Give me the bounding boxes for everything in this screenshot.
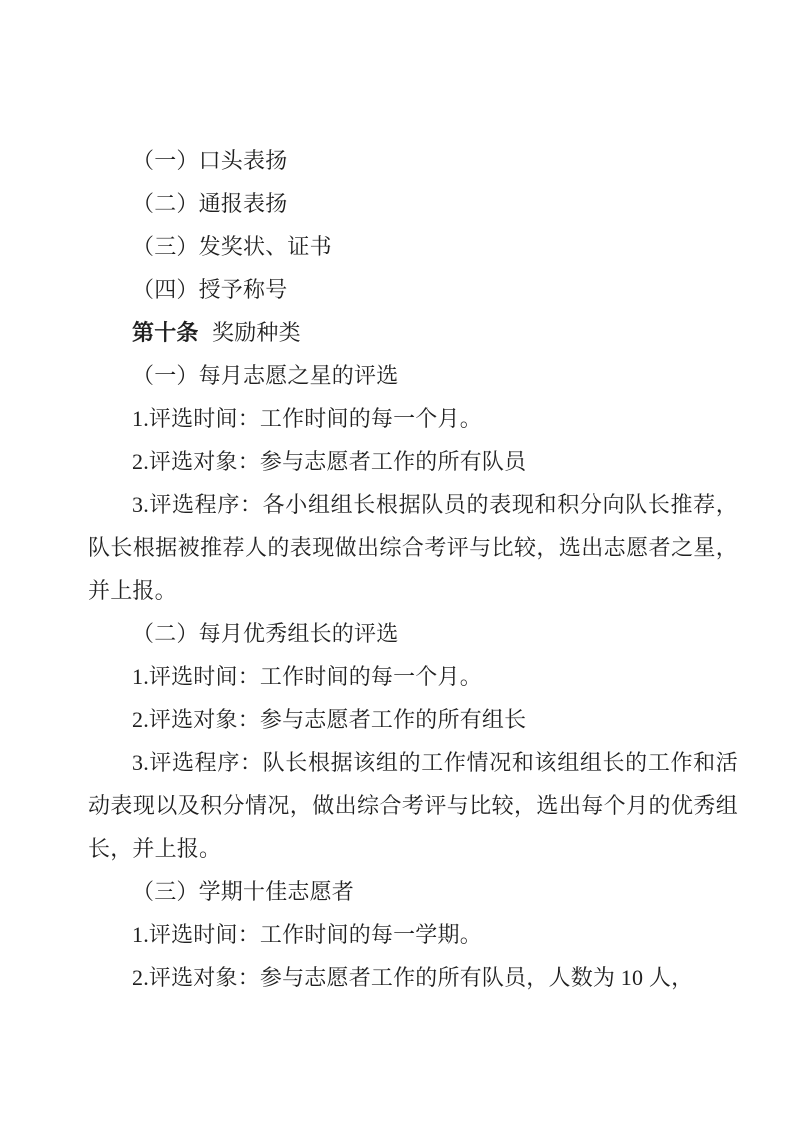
paragraph: （一）口头表扬 [88, 139, 738, 182]
paragraph: 1.评选时间：工作时间的每一个月。 [88, 397, 738, 440]
document-body: （一）口头表扬（二）通报表扬（三）发奖状、证书（四）授予称号第十条 奖励种类（一… [88, 139, 738, 999]
paragraph: （二）通报表扬 [88, 182, 738, 225]
paragraph: 3.评选程序：队长根据该组的工作情况和该组组长的工作和活动表现以及积分情况，做出… [88, 741, 738, 870]
document-page: （一）口头表扬（二）通报表扬（三）发奖状、证书（四）授予称号第十条 奖励种类（一… [0, 0, 793, 1122]
paragraph: 2.评选对象：参与志愿者工作的所有队员 [88, 440, 738, 483]
paragraph: 1.评选时间：工作时间的每一个月。 [88, 655, 738, 698]
paragraph: （一）每月志愿之星的评选 [88, 354, 738, 397]
paragraph: 1.评选时间：工作时间的每一学期。 [88, 913, 738, 956]
paragraph: 2.评选对象：参与志愿者工作的所有组长 [88, 698, 738, 741]
paragraph: （二）每月优秀组长的评选 [88, 612, 738, 655]
paragraph: （三）发奖状、证书 [88, 225, 738, 268]
paragraph: 3.评选程序：各小组组长根据队员的表现和积分向队长推荐，队长根据被推荐人的表现做… [88, 483, 738, 612]
paragraph: （三）学期十佳志愿者 [88, 870, 738, 913]
paragraph: 第十条 奖励种类 [88, 311, 738, 354]
paragraph: 2.评选对象：参与志愿者工作的所有队员，人数为 10 人， [88, 956, 738, 999]
paragraph: （四）授予称号 [88, 268, 738, 311]
clause-number: 第十条 [132, 320, 199, 345]
